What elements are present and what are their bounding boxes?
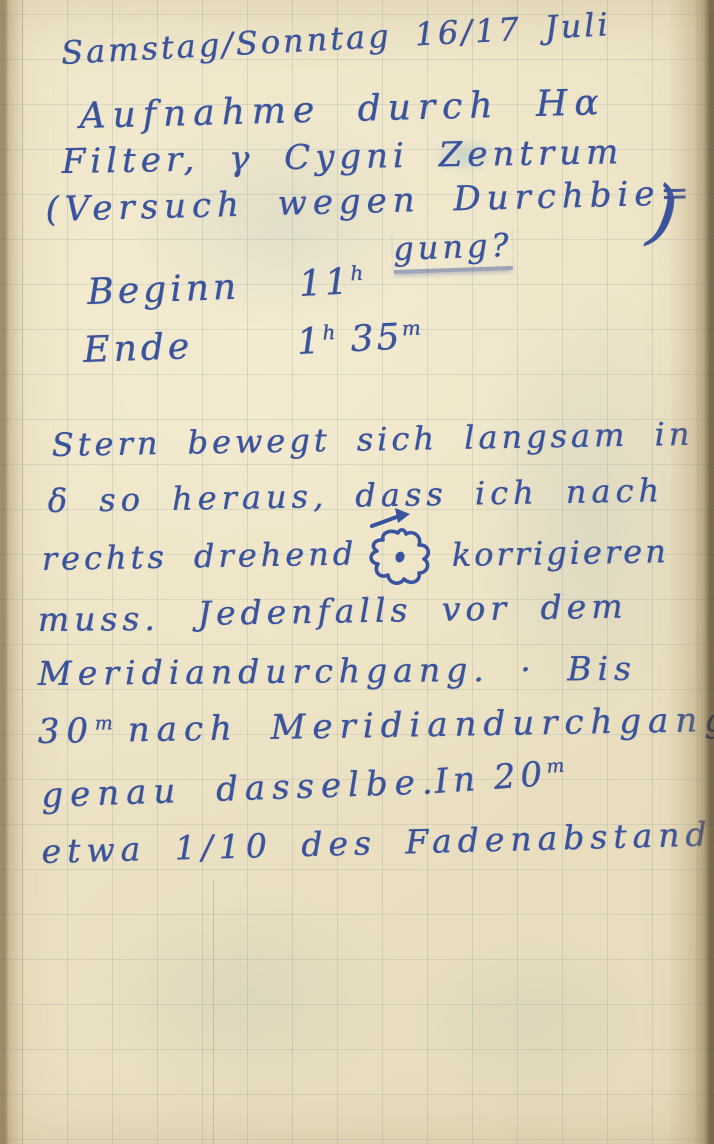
scan-vignette	[0, 0, 714, 1144]
notebook-page: Samstag/Sonntag 16/17 Juli Aufnahme durc…	[0, 0, 714, 1144]
